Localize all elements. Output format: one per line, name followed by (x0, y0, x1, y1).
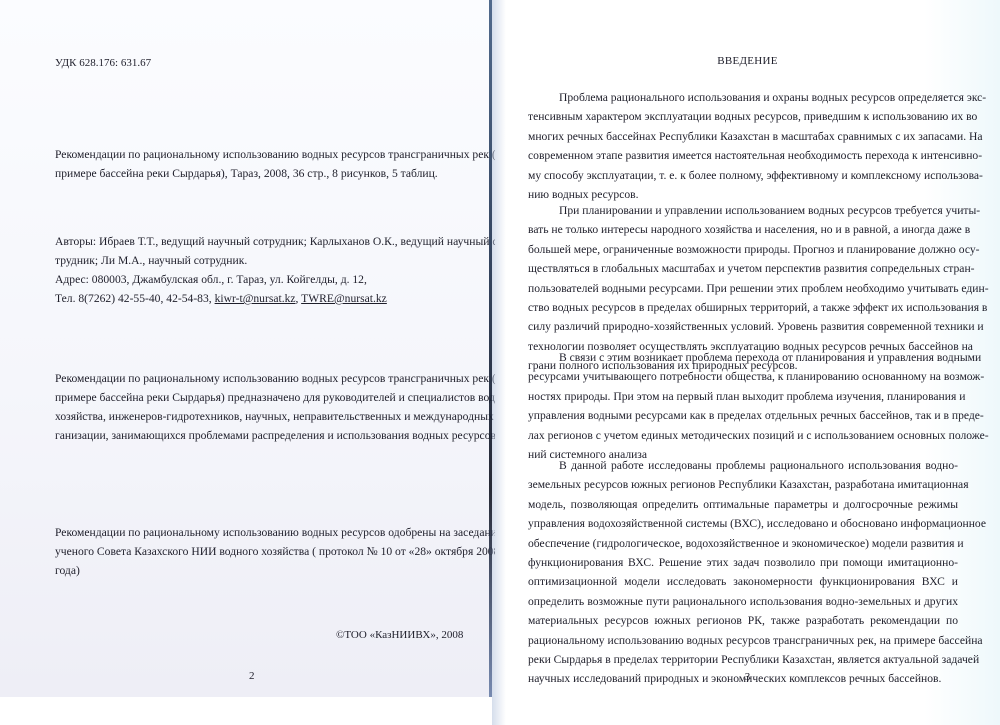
audience-line: Рекомендации по рациональному использова… (55, 373, 451, 385)
paragraph-line: вать не только интересы народного хозяйс… (528, 224, 958, 236)
approval-line: ученого Совета Казахского НИИ водного хо… (55, 546, 451, 558)
right-page: ВВЕДЕНИЕ Проблема рационального использо… (495, 0, 1000, 725)
paragraph-line: обеспечение (гидрологическое, водохозяйс… (528, 538, 958, 550)
paragraph-line: В данной работе исследованы проблемы рац… (559, 460, 958, 472)
audience-line: примере бассейна реки Сырдарья) предназн… (55, 392, 451, 404)
approval-line: года) (55, 565, 451, 577)
paragraph-line: современном этапе развития имеется насто… (528, 150, 958, 162)
paragraph-line: функционирования ВХС. Решение этих задач… (528, 557, 958, 569)
phone-numbers: Тел. 8(7262) 42-55-40, 42-54-83, (55, 292, 212, 305)
email-link-kiwr[interactable]: kiwr-t@nursat.kz (215, 292, 296, 305)
paragraph-line: В связи с этим возникает проблема перехо… (559, 352, 958, 364)
paragraph-line: большей мере, ограниченные возможности п… (528, 244, 958, 256)
section-heading: ВВЕДЕНИЕ (495, 56, 1000, 67)
paragraph-line: земельных ресурсов южных регионов Респуб… (528, 479, 958, 491)
audience-line: ганизации, занимающихся проблемами распр… (55, 430, 451, 442)
paragraph-line: нию водных ресурсов. (528, 189, 958, 201)
citation-line: Рекомендации по рациональному использова… (55, 149, 451, 161)
page-number-left: 2 (249, 671, 255, 682)
address-line: Адрес: 080003, Джамбулская обл., г. Тара… (55, 274, 451, 286)
paragraph-line: определить возможные пути рационального … (528, 596, 958, 608)
authors-line: Авторы: Ибраев Т.Т., ведущий научный сот… (55, 236, 451, 248)
paragraph-line: ностях природы. При этом на первый план … (528, 391, 958, 403)
paragraph-line: многих речных бассейнах Республики Казах… (528, 131, 958, 143)
paragraph-line: ство водных ресурсов в пределах обширных… (528, 302, 958, 314)
paragraph-line: силу различий природно-хозяйственных усл… (528, 321, 958, 333)
page-number-right: 3 (495, 672, 1000, 683)
udk-code: УДК 628.176: 631.67 (55, 58, 151, 69)
paragraph-line: ществляться в глобальных масштабах и уче… (528, 263, 958, 275)
citation-line: примере бассейна реки Сырдарья), Тараз, … (55, 168, 451, 180)
paragraph-line: му способу эксплуатации, т. е. к более п… (528, 170, 958, 182)
paragraph-line: ресурсами учитывающего потребности общес… (528, 371, 958, 383)
left-page: УДК 628.176: 631.67 Рекомендации по раци… (0, 0, 492, 697)
scan-background (0, 697, 492, 725)
email-link-twre[interactable]: TWRE@nursat.kz (301, 292, 387, 305)
paragraph-line: лах регионов с учетом единых методически… (528, 430, 958, 442)
paragraph-line: пользователей водными ресурсами. При реш… (528, 283, 958, 295)
book-spine-shadow (492, 0, 506, 725)
authors-line: трудник; Ли М.А., научный сотрудник. (55, 255, 451, 267)
paragraph-line: При планировании и управлении использова… (559, 205, 958, 217)
paragraph-line: рациональному использованию водных ресур… (528, 635, 958, 647)
paragraph-line: управления водохозяйственной системы (ВХ… (528, 518, 958, 530)
contacts-line: Тел. 8(7262) 42-55-40, 42-54-83, kiwr-t@… (55, 293, 451, 305)
copyright: ©ТОО «КазНИИВХ», 2008 (336, 630, 463, 641)
paragraph-line: тенсивным характером эксплуатации водных… (528, 111, 958, 123)
paragraph-line: реки Сырдарья в пределах территории Респ… (528, 654, 958, 666)
paragraph-line: оптимизационной модели исследовать закон… (528, 576, 958, 588)
paragraph-line: материальных ресурсов южных регионов РК,… (528, 615, 958, 627)
paragraph-line: управления водными ресурсами как в преде… (528, 410, 958, 422)
approval-line: Рекомендации по рациональному использова… (55, 527, 451, 539)
audience-line: хозяйства, инженеров-гидротехников, науч… (55, 411, 451, 423)
paragraph-line: Проблема рационального использования и о… (559, 92, 958, 104)
paragraph-line: модель, позволяющая определить оптимальн… (528, 499, 958, 511)
